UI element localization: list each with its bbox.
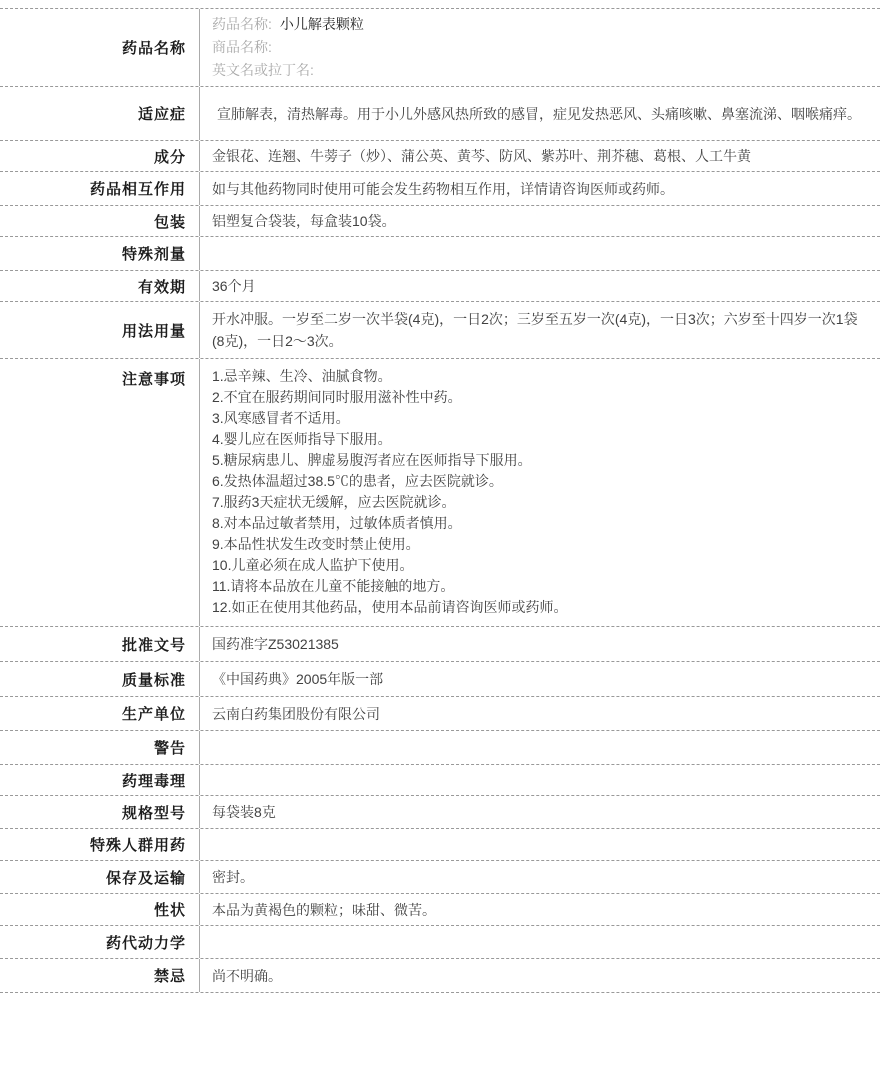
- row-label: 保存及运输: [0, 861, 200, 893]
- precaution-item: 8.对本品过敏者禁用，过敏体质者慎用。: [212, 513, 866, 534]
- row-special-dosage: 特殊剂量: [0, 237, 880, 271]
- row-content: 金银花、连翘、牛蒡子（炒）、蒲公英、黄芩、防风、紫苏叶、荆芥穗、葛根、人工牛黄: [200, 141, 880, 171]
- precaution-item: 1.忌辛辣、生冷、油腻食物。: [212, 366, 866, 387]
- row-approval-number: 批准文号 国药准字Z53021385: [0, 627, 880, 662]
- row-label: 警告: [0, 731, 200, 764]
- precaution-item: 6.发热体温超过38.5℃的患者，应去医院就诊。: [212, 471, 866, 492]
- row-precautions: 注意事项 1.忌辛辣、生冷、油腻食物。 2.不宜在服药期间同时服用滋补性中药。 …: [0, 359, 880, 627]
- row-storage-transport: 保存及运输 密封。: [0, 861, 880, 894]
- precaution-item: 10.儿童必须在成人监护下使用。: [212, 555, 866, 576]
- row-label: 有效期: [0, 271, 200, 301]
- row-specification: 规格型号 每袋装8克: [0, 796, 880, 829]
- drug-name-value: 小儿解表颗粒: [280, 16, 364, 32]
- row-ingredients: 成分 金银花、连翘、牛蒡子（炒）、蒲公英、黄芩、防风、紫苏叶、荆芥穗、葛根、人工…: [0, 141, 880, 172]
- row-indications: 适应症 宣肺解表，清热解毒。用于小儿外感风热所致的感冒，症见发热恶风、头痛咳嗽、…: [0, 87, 880, 141]
- row-label: 质量标准: [0, 662, 200, 696]
- row-content: 每袋装8克: [200, 796, 880, 828]
- row-label: 注意事项: [0, 359, 200, 626]
- row-packaging: 包装 铝塑复合袋装，每盒装10袋。: [0, 206, 880, 237]
- row-dosage-usage: 用法用量 开水冲服。一岁至二岁一次半袋(4克)，一日2次；三岁至五岁一次(4克)…: [0, 302, 880, 359]
- row-content: 1.忌辛辣、生冷、油腻食物。 2.不宜在服药期间同时服用滋补性中药。 3.风寒感…: [200, 359, 880, 626]
- row-drug-name: 药品名称 药品名称:小儿解表颗粒 商品名称: 英文名或拉丁名:: [0, 9, 880, 87]
- row-pharmacokinetics: 药代动力学: [0, 926, 880, 959]
- row-content: 云南白药集团股份有限公司: [200, 697, 880, 730]
- trade-name-key: 商品名称:: [212, 39, 272, 55]
- precaution-item: 4.婴儿应在医师指导下服用。: [212, 429, 866, 450]
- row-label: 特殊剂量: [0, 237, 200, 270]
- row-label: 药品相互作用: [0, 172, 200, 205]
- drug-info-table: 药品名称 药品名称:小儿解表颗粒 商品名称: 英文名或拉丁名: 适应症 宣肺解表…: [0, 8, 880, 993]
- precaution-item: 11.请将本品放在儿童不能接触的地方。: [212, 576, 866, 597]
- row-content: 开水冲服。一岁至二岁一次半袋(4克)，一日2次；三岁至五岁一次(4克)，一日3次…: [200, 302, 880, 358]
- row-shelf-life: 有效期 36个月: [0, 271, 880, 302]
- row-drug-interactions: 药品相互作用 如与其他药物同时使用可能会发生药物相互作用，详情请咨询医师或药师。: [0, 172, 880, 206]
- precaution-item: 7.服药3天症状无缓解，应去医院就诊。: [212, 492, 866, 513]
- row-label: 药代动力学: [0, 926, 200, 958]
- row-content: [200, 926, 880, 958]
- row-label: 规格型号: [0, 796, 200, 828]
- row-label: 批准文号: [0, 627, 200, 661]
- row-label: 成分: [0, 141, 200, 171]
- row-label: 药品名称: [0, 9, 200, 86]
- row-properties: 性状 本品为黄褐色的颗粒；味甜、微苦。: [0, 894, 880, 926]
- drug-name-line: 药品名称:小儿解表颗粒: [212, 13, 866, 36]
- row-quality-standard: 质量标准 《中国药典》2005年版一部: [0, 662, 880, 697]
- row-contraindications: 禁忌 尚不明确。: [0, 959, 880, 993]
- row-warning: 警告: [0, 731, 880, 765]
- row-content: 铝塑复合袋装，每盒装10袋。: [200, 206, 880, 236]
- row-content: 药品名称:小儿解表颗粒 商品名称: 英文名或拉丁名:: [200, 9, 880, 86]
- row-content: [200, 765, 880, 795]
- row-content: 国药准字Z53021385: [200, 627, 880, 661]
- precaution-item: 12.如正在使用其他药品，使用本品前请咨询医师或药师。: [212, 597, 866, 618]
- latin-name-key: 英文名或拉丁名:: [212, 62, 314, 78]
- row-content: 如与其他药物同时使用可能会发生药物相互作用，详情请咨询医师或药师。: [200, 172, 880, 205]
- row-content: [200, 829, 880, 860]
- precaution-item: 2.不宜在服药期间同时服用滋补性中药。: [212, 387, 866, 408]
- row-content: [200, 731, 880, 764]
- row-manufacturer: 生产单位 云南白药集团股份有限公司: [0, 697, 880, 731]
- row-content: 本品为黄褐色的颗粒；味甜、微苦。: [200, 894, 880, 925]
- row-label: 包装: [0, 206, 200, 236]
- row-content: 《中国药典》2005年版一部: [200, 662, 880, 696]
- row-label: 用法用量: [0, 302, 200, 358]
- row-pharmacology-toxicology: 药理毒理: [0, 765, 880, 796]
- row-content: 宣肺解表，清热解毒。用于小儿外感风热所致的感冒，症见发热恶风、头痛咳嗽、鼻塞流涕…: [200, 87, 880, 140]
- row-content: [200, 237, 880, 270]
- row-label: 适应症: [0, 87, 200, 140]
- row-content: 密封。: [200, 861, 880, 893]
- precaution-item: 9.本品性状发生改变时禁止使用。: [212, 534, 866, 555]
- row-content: 尚不明确。: [200, 959, 880, 992]
- row-label: 药理毒理: [0, 765, 200, 795]
- row-label: 生产单位: [0, 697, 200, 730]
- row-content: 36个月: [200, 271, 880, 301]
- drug-name-key: 药品名称:: [212, 16, 272, 32]
- latin-name-line: 英文名或拉丁名:: [212, 59, 866, 82]
- precaution-item: 3.风寒感冒者不适用。: [212, 408, 866, 429]
- row-label: 禁忌: [0, 959, 200, 992]
- row-label: 特殊人群用药: [0, 829, 200, 860]
- trade-name-line: 商品名称:: [212, 36, 866, 59]
- row-label: 性状: [0, 894, 200, 925]
- row-special-populations: 特殊人群用药: [0, 829, 880, 861]
- precaution-item: 5.糖尿病患儿、脾虚易腹泻者应在医师指导下服用。: [212, 450, 866, 471]
